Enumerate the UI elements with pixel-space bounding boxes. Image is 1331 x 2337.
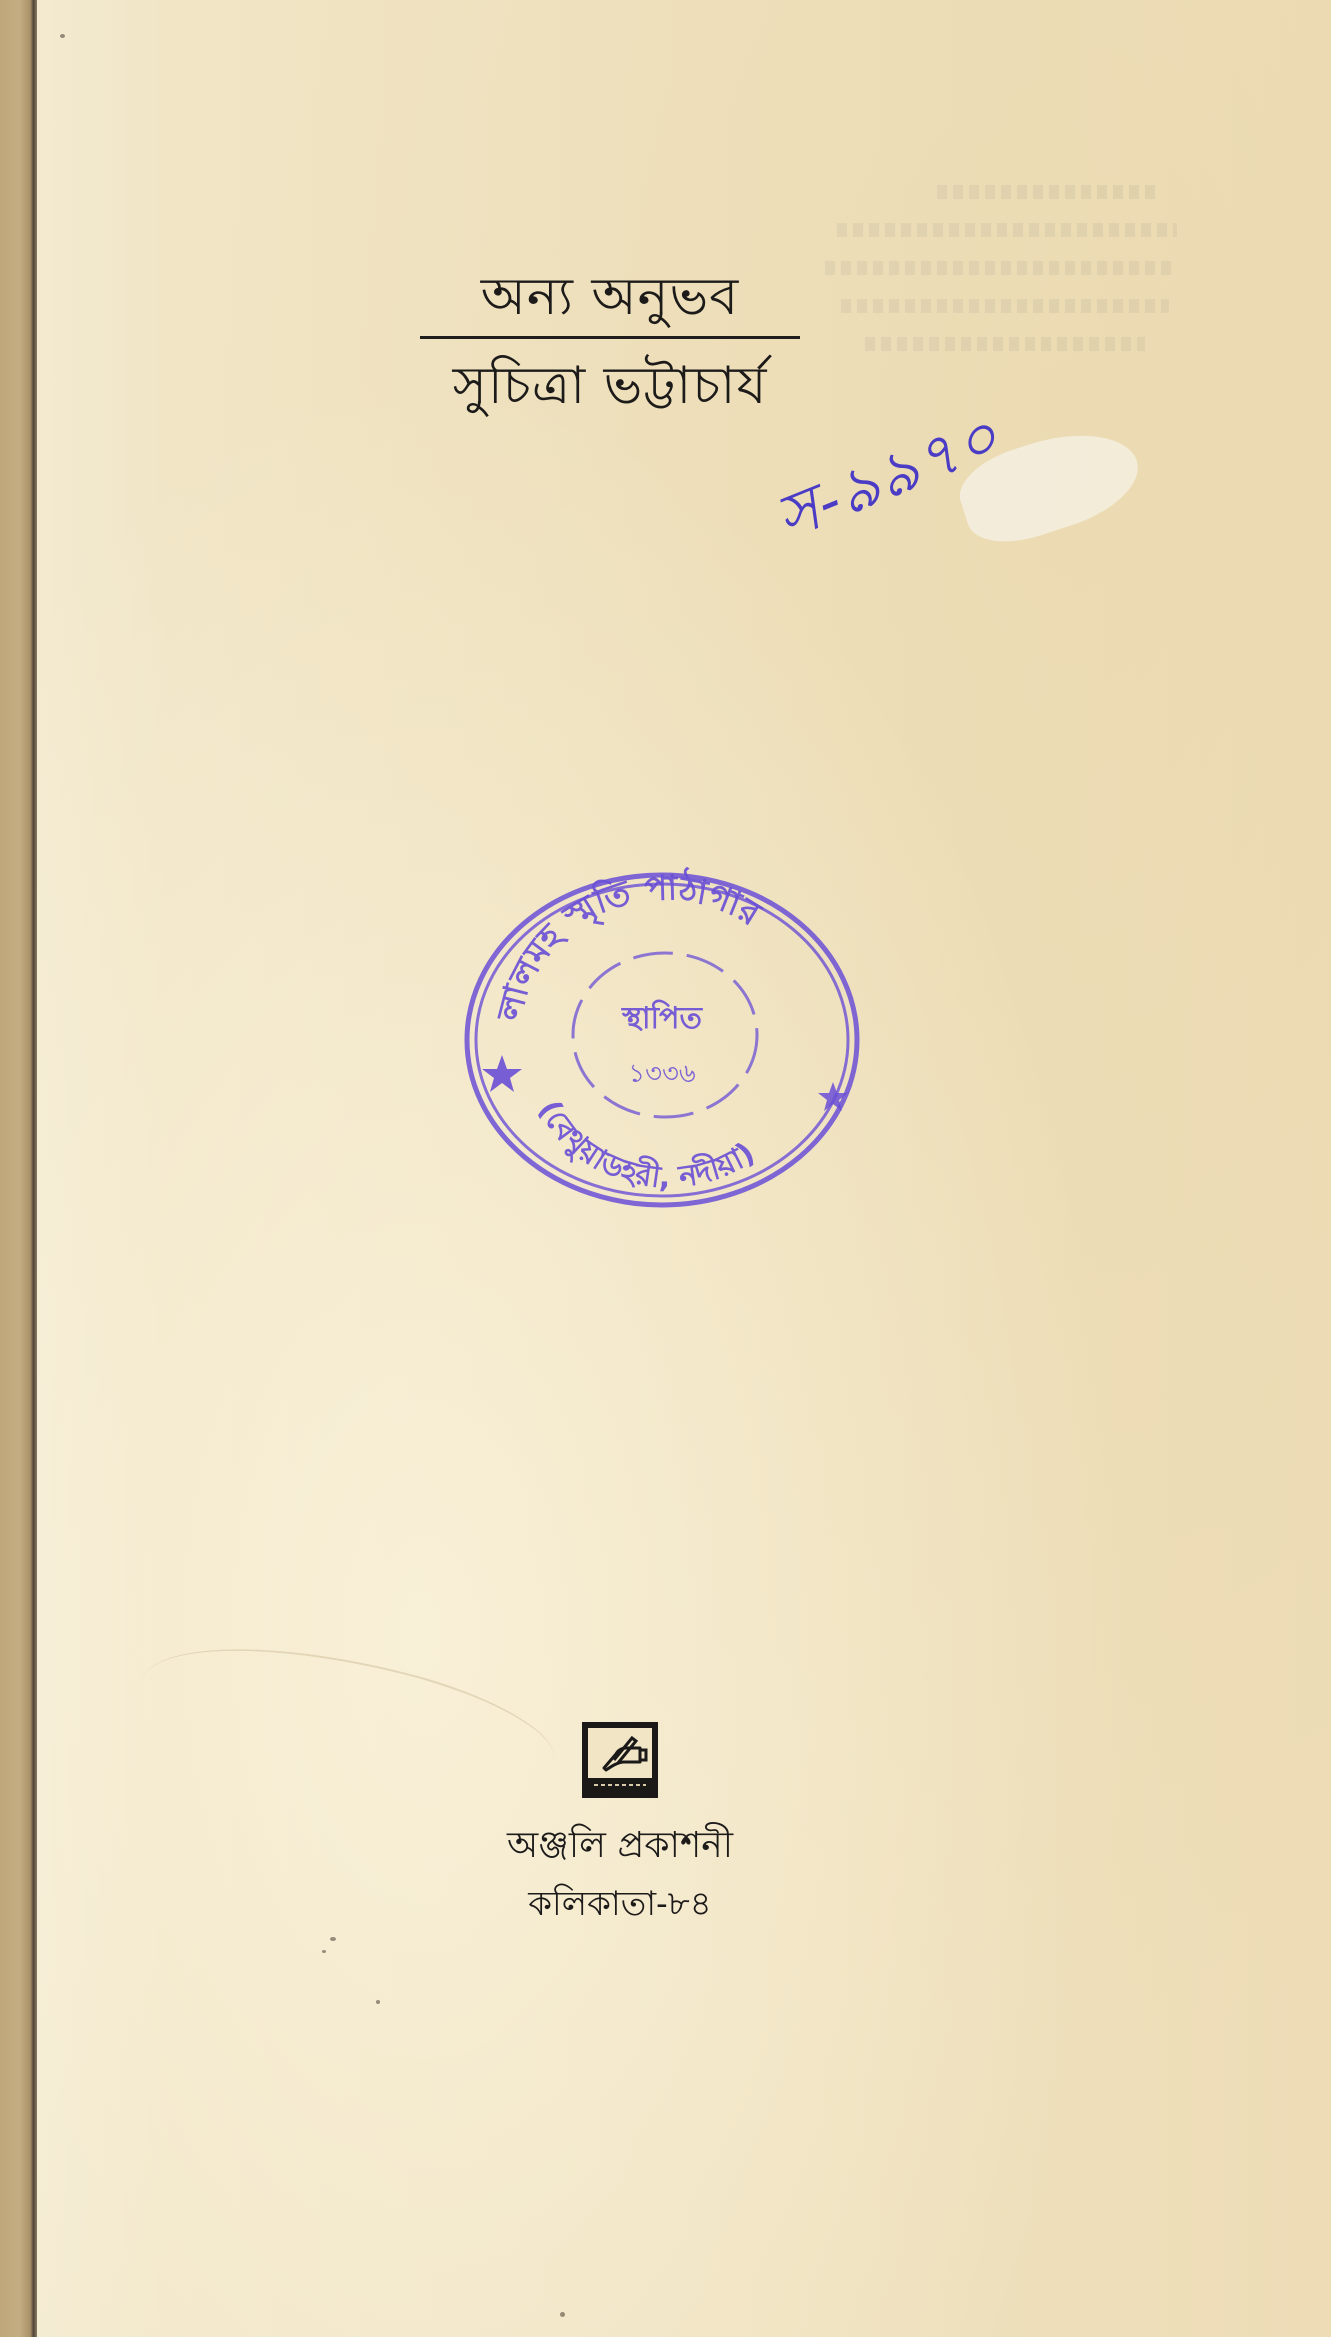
show-through-text bbox=[817, 185, 1217, 375]
author-name: সুচিত্রা ভট্টাচার্য bbox=[420, 351, 800, 421]
paper-speck bbox=[330, 1937, 336, 1941]
stamp-established-label: স্থাপিত bbox=[621, 999, 704, 1036]
publisher-imprint: অঞ্জলি প্রকাশনী কলিকাতা-৮৪ bbox=[420, 1722, 820, 1926]
book-binding bbox=[0, 0, 33, 2337]
writing-hand-icon bbox=[598, 1732, 650, 1776]
svg-text:(বেথুয়াডহরী, নদীয়া): (বেথুয়াডহরী, নদীয়া) bbox=[531, 1095, 761, 1196]
paper-speck bbox=[60, 34, 65, 38]
title-block: অন্য অনুভব সুচিত্রা ভট্টাচার্য bbox=[420, 262, 800, 421]
paper-speck bbox=[322, 1950, 326, 1953]
publisher-city: কলিকাতা-৮৪ bbox=[420, 1882, 820, 1926]
title-divider bbox=[420, 336, 800, 339]
star-icon bbox=[818, 1082, 848, 1111]
logo-caption-strip bbox=[588, 1778, 652, 1792]
book-title: অন্য অনুভব bbox=[420, 262, 800, 332]
library-stamp: লালমহ স্মৃতি পাঠাগার (বেথুয়াডহরী, নদীয়… bbox=[450, 850, 870, 1220]
paper-speck bbox=[560, 2312, 565, 2317]
paper-speck bbox=[376, 2000, 380, 2004]
star-icon bbox=[482, 1055, 522, 1092]
stamp-bottom-text: (বেথুয়াডহরী, নদীয়া) bbox=[531, 1095, 761, 1196]
publisher-name: অঞ্জলি প্রকাশনী bbox=[420, 1824, 820, 1868]
publisher-logo bbox=[582, 1722, 658, 1798]
stamp-year: ১৩৩৬ bbox=[628, 1059, 696, 1089]
